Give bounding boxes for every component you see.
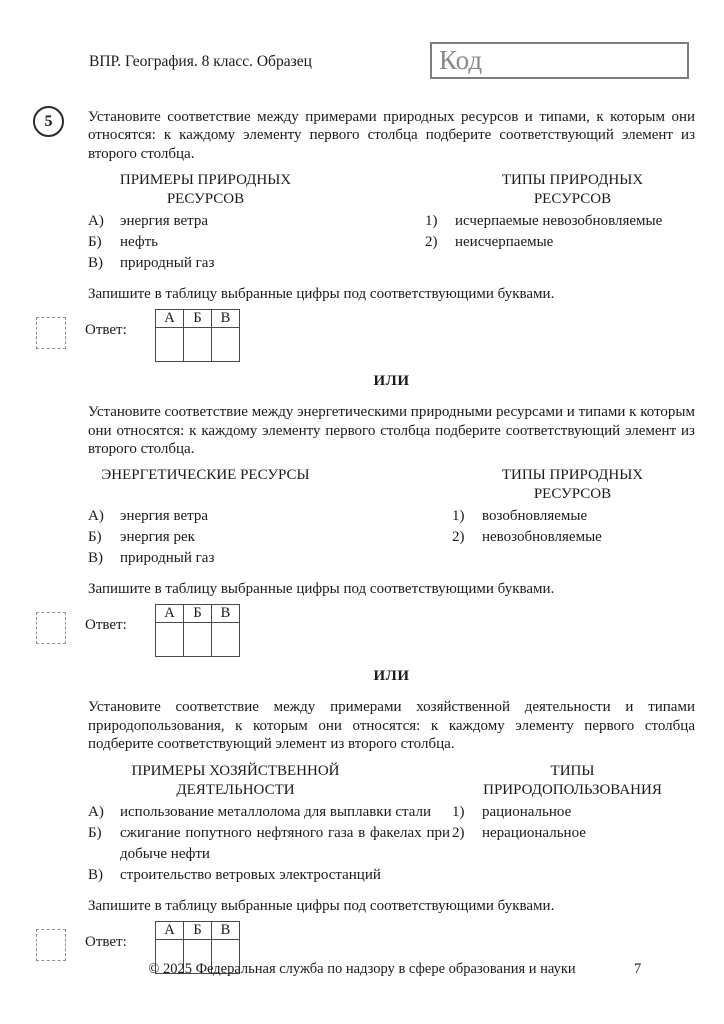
- item-label: 2): [452, 527, 482, 548]
- left-column-header: ЭНЕРГЕТИЧЕСКИЕ РЕСУРСЫ: [88, 466, 323, 504]
- scoring-mark-box[interactable]: [36, 317, 66, 349]
- item-label: А): [88, 506, 120, 527]
- list-item: Б) энергия рек: [88, 527, 428, 548]
- answer-col-header: А: [156, 310, 184, 328]
- left-item-list: А) энергия ветра Б) энергия рек В) приро…: [88, 506, 428, 569]
- copyright-line: © 2025 Федеральная служба по надзору в с…: [0, 961, 724, 978]
- list-item: А) энергия ветра: [88, 506, 428, 527]
- item-text: природный газ: [120, 548, 428, 569]
- exam-page: ВПР. География. 8 класс. Образец Код 5 У…: [0, 0, 724, 1024]
- question-number: 5: [45, 113, 53, 130]
- right-item-list: 1) исчерпаемые невозобновляемые 2) неисч…: [425, 211, 695, 253]
- right-column-header: ТИПЫ ПРИРОДОПОЛЬЗОВАНИЯ: [450, 762, 695, 800]
- item-label: Б): [88, 527, 120, 548]
- question-number-badge: 5: [33, 106, 64, 137]
- list-item: 1) рациональное: [452, 802, 722, 823]
- item-text: использование металлолома для выплавки с…: [120, 802, 450, 823]
- item-text: природный газ: [120, 253, 428, 274]
- answer-table: А Б В: [155, 309, 240, 362]
- answer-cell[interactable]: [184, 623, 212, 657]
- item-label: 2): [425, 232, 455, 253]
- answer-area: Ответ: А Б В: [36, 309, 695, 362]
- task-variant-1: Установите соответствие между примерами …: [88, 108, 695, 362]
- item-label: 1): [452, 802, 482, 823]
- answer-cell[interactable]: [184, 328, 212, 362]
- item-label: А): [88, 802, 120, 823]
- columns-header: ПРИМЕРЫ ПРИРОДНЫХ РЕСУРСОВ ТИПЫ ПРИРОДНЫ…: [88, 171, 695, 209]
- matching-lists: А) использование металлолома для выплавк…: [88, 802, 695, 886]
- list-item: 2) неисчерпаемые: [425, 232, 695, 253]
- code-entry-box[interactable]: Код: [430, 42, 689, 79]
- list-item: А) энергия ветра: [88, 211, 428, 232]
- item-label: Б): [88, 232, 120, 253]
- left-item-list: А) энергия ветра Б) нефть В) природный г…: [88, 211, 428, 274]
- item-label: 1): [452, 506, 482, 527]
- item-label: 1): [425, 211, 455, 232]
- answer-col-header: А: [156, 605, 184, 623]
- right-item-list: 1) возобновляемые 2) невозобновляемые: [452, 506, 722, 548]
- item-text: исчерпаемые невозобновляемые: [455, 211, 695, 232]
- answer-col-header: В: [212, 921, 240, 939]
- matching-lists: А) энергия ветра Б) нефть В) природный г…: [88, 211, 695, 274]
- item-text: энергия рек: [120, 527, 428, 548]
- right-item-list: 1) рациональное 2) нерациональное: [452, 802, 722, 844]
- matching-lists: А) энергия ветра Б) энергия рек В) приро…: [88, 506, 695, 569]
- item-text: рациональное: [482, 802, 722, 823]
- answer-label: Ответ:: [85, 322, 127, 339]
- task-intro: Установите соответствие между примерами …: [88, 698, 695, 753]
- page-number: 7: [634, 961, 641, 978]
- columns-header: ЭНЕРГЕТИЧЕСКИЕ РЕСУРСЫ ТИПЫ ПРИРОДНЫХ РЕ…: [88, 466, 695, 504]
- item-label: В): [88, 865, 120, 886]
- task-variant-2: Установите соответствие между энергетиче…: [88, 403, 695, 657]
- scoring-mark-box[interactable]: [36, 612, 66, 644]
- answer-cell[interactable]: [156, 623, 184, 657]
- answer-col-header: Б: [184, 921, 212, 939]
- right-column-header: ТИПЫ ПРИРОДНЫХ РЕСУРСОВ: [450, 466, 695, 504]
- question-content: Установите соответствие между примерами …: [88, 108, 695, 974]
- list-item: 2) невозобновляемые: [452, 527, 722, 548]
- task-intro: Установите соответствие между энергетиче…: [88, 403, 695, 458]
- answer-cell[interactable]: [212, 328, 240, 362]
- answer-col-header: А: [156, 921, 184, 939]
- item-text: нерациональное: [482, 823, 722, 844]
- list-item: 2) нерациональное: [452, 823, 722, 844]
- answer-col-header: В: [212, 310, 240, 328]
- list-item: В) природный газ: [88, 253, 428, 274]
- item-text: неисчерпаемые: [455, 232, 695, 253]
- answer-col-header: В: [212, 605, 240, 623]
- item-text: нефть: [120, 232, 428, 253]
- left-item-list: А) использование металлолома для выплавк…: [88, 802, 450, 886]
- list-item: Б) нефть: [88, 232, 428, 253]
- list-item: В) природный газ: [88, 548, 428, 569]
- write-instruction: Запишите в таблицу выбранные цифры под с…: [88, 897, 695, 916]
- item-text: невозобновляемые: [482, 527, 722, 548]
- list-item: В) строительство ветровых электростанций: [88, 865, 450, 886]
- item-label: 2): [452, 823, 482, 844]
- item-text: сжигание попутного нефтяного газа в факе…: [120, 823, 450, 865]
- answer-cell[interactable]: [212, 623, 240, 657]
- item-label: А): [88, 211, 120, 232]
- list-item: 1) возобновляемые: [452, 506, 722, 527]
- columns-header: ПРИМЕРЫ ХОЗЯЙСТВЕННОЙ ДЕЯТЕЛЬНОСТИ ТИПЫ …: [88, 762, 695, 800]
- document-title: ВПР. География. 8 класс. Образец: [89, 53, 312, 71]
- answer-label: Ответ:: [85, 934, 127, 951]
- answer-table: А Б В: [155, 604, 240, 657]
- item-text: энергия ветра: [120, 506, 428, 527]
- task-intro: Установите соответствие между примерами …: [88, 108, 695, 163]
- write-instruction: Запишите в таблицу выбранные цифры под с…: [88, 285, 695, 304]
- code-box-label: Код: [439, 45, 482, 75]
- page-footer: © 2025 Федеральная служба по надзору в с…: [0, 961, 724, 981]
- left-column-header: ПРИМЕРЫ ХОЗЯЙСТВЕННОЙ ДЕЯТЕЛЬНОСТИ: [88, 762, 383, 800]
- left-column-header: ПРИМЕРЫ ПРИРОДНЫХ РЕСУРСОВ: [88, 171, 323, 209]
- item-text: возобновляемые: [482, 506, 722, 527]
- item-label: В): [88, 548, 120, 569]
- list-item: А) использование металлолома для выплавк…: [88, 802, 450, 823]
- scoring-mark-box[interactable]: [36, 929, 66, 961]
- list-item: Б) сжигание попутного нефтяного газа в ф…: [88, 823, 450, 865]
- or-separator: ИЛИ: [88, 667, 695, 686]
- item-label: В): [88, 253, 120, 274]
- item-text: строительство ветровых электростанций: [120, 865, 450, 886]
- item-text: энергия ветра: [120, 211, 428, 232]
- list-item: 1) исчерпаемые невозобновляемые: [425, 211, 695, 232]
- answer-col-header: Б: [184, 310, 212, 328]
- right-column-header: ТИПЫ ПРИРОДНЫХ РЕСУРСОВ: [450, 171, 695, 209]
- or-separator: ИЛИ: [88, 372, 695, 391]
- task-variant-3: Установите соответствие между примерами …: [88, 698, 695, 973]
- answer-cell[interactable]: [156, 328, 184, 362]
- item-label: Б): [88, 823, 120, 865]
- write-instruction: Запишите в таблицу выбранные цифры под с…: [88, 580, 695, 599]
- answer-label: Ответ:: [85, 617, 127, 634]
- answer-area: Ответ: А Б В: [36, 604, 695, 657]
- answer-col-header: Б: [184, 605, 212, 623]
- page-header: ВПР. География. 8 класс. Образец Код: [0, 42, 724, 80]
